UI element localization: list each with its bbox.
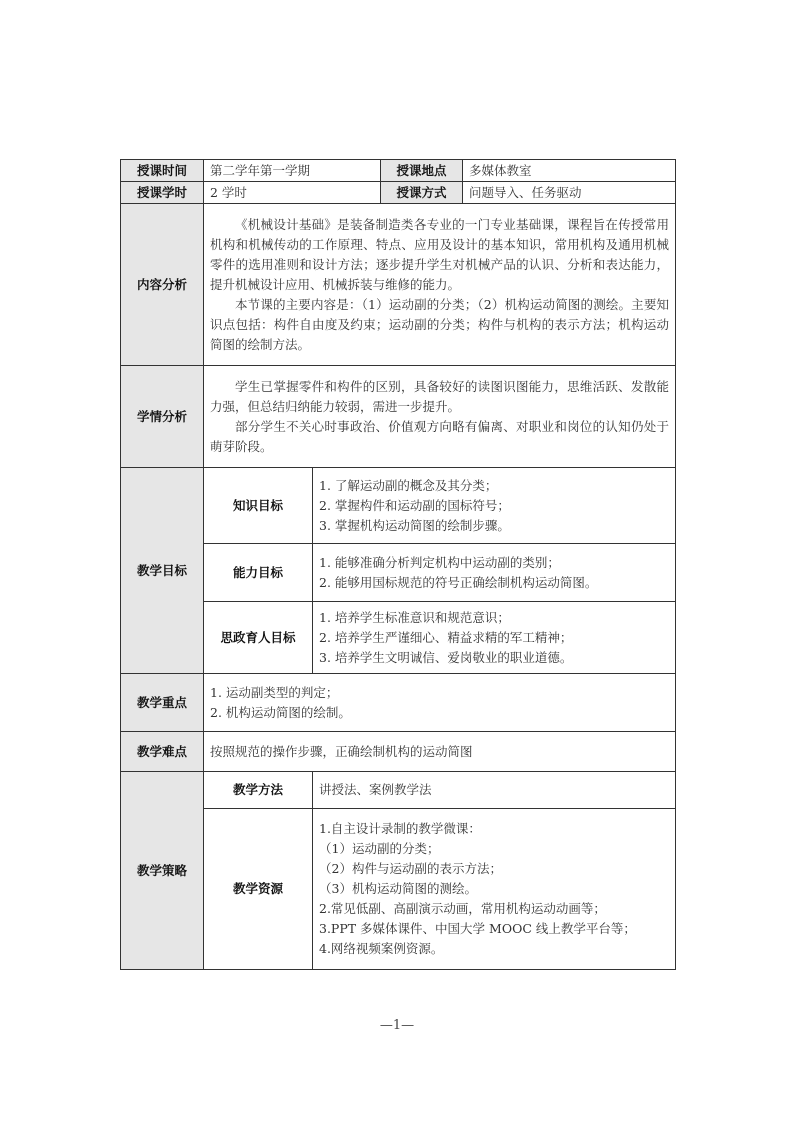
content-paragraph: 《机械设计基础》是装备制造类各专业的一门专业基础课，课程旨在传授常用机构和机械传…	[210, 215, 669, 295]
row-difficult-points: 教学难点 按照规范的操作步骤，正确绘制机构的运动简图	[121, 732, 676, 772]
goal-item: 2. 培养学生严谨细心、精益求精的军工精神；	[319, 628, 669, 648]
row-key-points: 教学重点 1. 运动副类型的判定； 2. 机构运动简图的绘制。	[121, 674, 676, 732]
teaching-resources-list: 1.自主设计录制的教学微课： （1）运动副的分类； （2）构件与运动副的表示方法…	[313, 809, 676, 970]
value-class-time: 第二学年第一学期	[204, 160, 381, 182]
goal-item: 1. 培养学生标准意识和规范意识；	[319, 608, 669, 628]
label-knowledge-goal: 知识目标	[204, 468, 313, 544]
goal-item: 3. 掌握机构运动简图的绘制步骤。	[319, 516, 669, 536]
lesson-plan-table: 授课时间 第二学年第一学期 授课地点 多媒体教室 授课学时 2 学时 授课方式 …	[120, 159, 676, 970]
row-goal-ideology: 思政育人目标 1. 培养学生标准意识和规范意识； 2. 培养学生严谨细心、精益求…	[121, 602, 676, 674]
goal-item: 1. 能够准确分析判定机构中运动副的类别；	[319, 553, 669, 573]
value-class-location: 多媒体教室	[463, 160, 676, 182]
label-class-hours: 授课学时	[121, 182, 204, 204]
learner-paragraph: 学生已掌握零件和构件的区别，具备较好的读图识图能力，思维活跃、发散能力强，但总结…	[210, 377, 669, 417]
difficult-points-text: 按照规范的操作步骤，正确绘制机构的运动简图	[204, 732, 676, 772]
label-teaching-resources: 教学资源	[204, 809, 313, 970]
resource-item: 4.网络视频案例资源。	[319, 939, 669, 959]
label-ideology-goal: 思政育人目标	[204, 602, 313, 674]
label-ability-goal: 能力目标	[204, 544, 313, 602]
key-point-item: 1. 运动副类型的判定；	[210, 683, 669, 703]
goal-item: 2. 能够用国标规范的符号正确绘制机构运动简图。	[319, 573, 669, 593]
row-content-analysis: 内容分析 《机械设计基础》是装备制造类各专业的一门专业基础课，课程旨在传授常用机…	[121, 204, 676, 366]
resource-item: （1）运动副的分类；	[319, 839, 669, 859]
learner-paragraph: 部分学生不关心时事政治、价值观方向略有偏离、对职业和岗位的认知仍处于萌芽阶段。	[210, 417, 669, 457]
label-teaching-method: 教学方法	[204, 772, 313, 809]
goal-item: 3. 培养学生文明诚信、爱岗敬业的职业道德。	[319, 648, 669, 668]
resource-item: 1.自主设计录制的教学微课：	[319, 819, 669, 839]
resource-item: 2.常见低副、高副演示动画，常用机构运动动画等；	[319, 899, 669, 919]
goal-item: 1. 了解运动副的概念及其分类；	[319, 476, 669, 496]
resource-item: 3.PPT 多媒体课件、中国大学 MOOC 线上教学平台等；	[319, 919, 669, 939]
ideology-goal-list: 1. 培养学生标准意识和规范意识； 2. 培养学生严谨细心、精益求精的军工精神；…	[313, 602, 676, 674]
row-learner-analysis: 学情分析 学生已掌握零件和构件的区别，具备较好的读图识图能力，思维活跃、发散能力…	[121, 366, 676, 468]
page-number: —1—	[0, 1018, 794, 1033]
content-paragraph: 本节课的主要内容是：（1）运动副的分类；（2）机构运动简图的测绘。主要知识点包括…	[210, 295, 669, 355]
label-teaching-mode: 授课方式	[381, 182, 463, 204]
key-points-list: 1. 运动副类型的判定； 2. 机构运动简图的绘制。	[204, 674, 676, 732]
key-point-item: 2. 机构运动简图的绘制。	[210, 703, 669, 723]
row-teaching-resources: 教学资源 1.自主设计录制的教学微课： （1）运动副的分类； （2）构件与运动副…	[121, 809, 676, 970]
row-goal-knowledge: 教学目标 知识目标 1. 了解运动副的概念及其分类； 2. 掌握构件和运动副的国…	[121, 468, 676, 544]
value-teaching-mode: 问题导入、任务驱动	[463, 182, 676, 204]
ability-goal-list: 1. 能够准确分析判定机构中运动副的类别； 2. 能够用国标规范的符号正确绘制机…	[313, 544, 676, 602]
row-time-location: 授课时间 第二学年第一学期 授课地点 多媒体教室	[121, 160, 676, 182]
row-hours-mode: 授课学时 2 学时 授课方式 问题导入、任务驱动	[121, 182, 676, 204]
teaching-method-text: 讲授法、案例教学法	[313, 772, 676, 809]
learner-analysis-text: 学生已掌握零件和构件的区别，具备较好的读图识图能力，思维活跃、发散能力强，但总结…	[204, 366, 676, 468]
resource-item: （2）构件与运动副的表示方法；	[319, 859, 669, 879]
resource-item: （3）机构运动简图的测绘。	[319, 879, 669, 899]
row-teaching-method: 教学策略 教学方法 讲授法、案例教学法	[121, 772, 676, 809]
knowledge-goal-list: 1. 了解运动副的概念及其分类； 2. 掌握构件和运动副的国标符号； 3. 掌握…	[313, 468, 676, 544]
label-content-analysis: 内容分析	[121, 204, 204, 366]
label-learner-analysis: 学情分析	[121, 366, 204, 468]
label-class-time: 授课时间	[121, 160, 204, 182]
goal-item: 2. 掌握构件和运动副的国标符号；	[319, 496, 669, 516]
label-teaching-goals: 教学目标	[121, 468, 204, 674]
content-analysis-text: 《机械设计基础》是装备制造类各专业的一门专业基础课，课程旨在传授常用机构和机械传…	[204, 204, 676, 366]
label-difficult-points: 教学难点	[121, 732, 204, 772]
row-goal-ability: 能力目标 1. 能够准确分析判定机构中运动副的类别； 2. 能够用国标规范的符号…	[121, 544, 676, 602]
value-class-hours: 2 学时	[204, 182, 381, 204]
label-teaching-strategy: 教学策略	[121, 772, 204, 970]
label-key-points: 教学重点	[121, 674, 204, 732]
label-class-location: 授课地点	[381, 160, 463, 182]
